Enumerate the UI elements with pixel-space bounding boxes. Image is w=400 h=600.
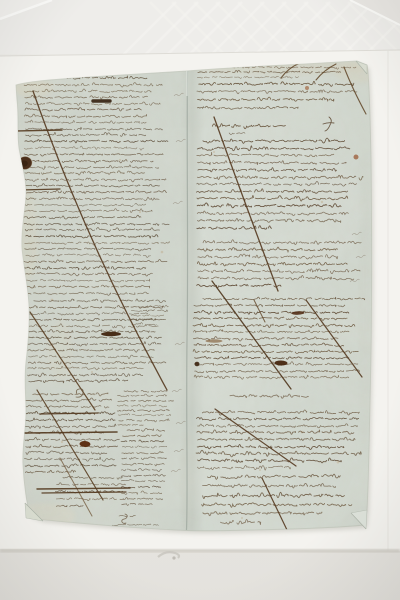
manuscript-photo-canvas xyxy=(0,0,400,600)
photo-vignette xyxy=(0,0,400,600)
manuscript-photograph: Photograph of an autograph manuscript do… xyxy=(0,0,400,600)
